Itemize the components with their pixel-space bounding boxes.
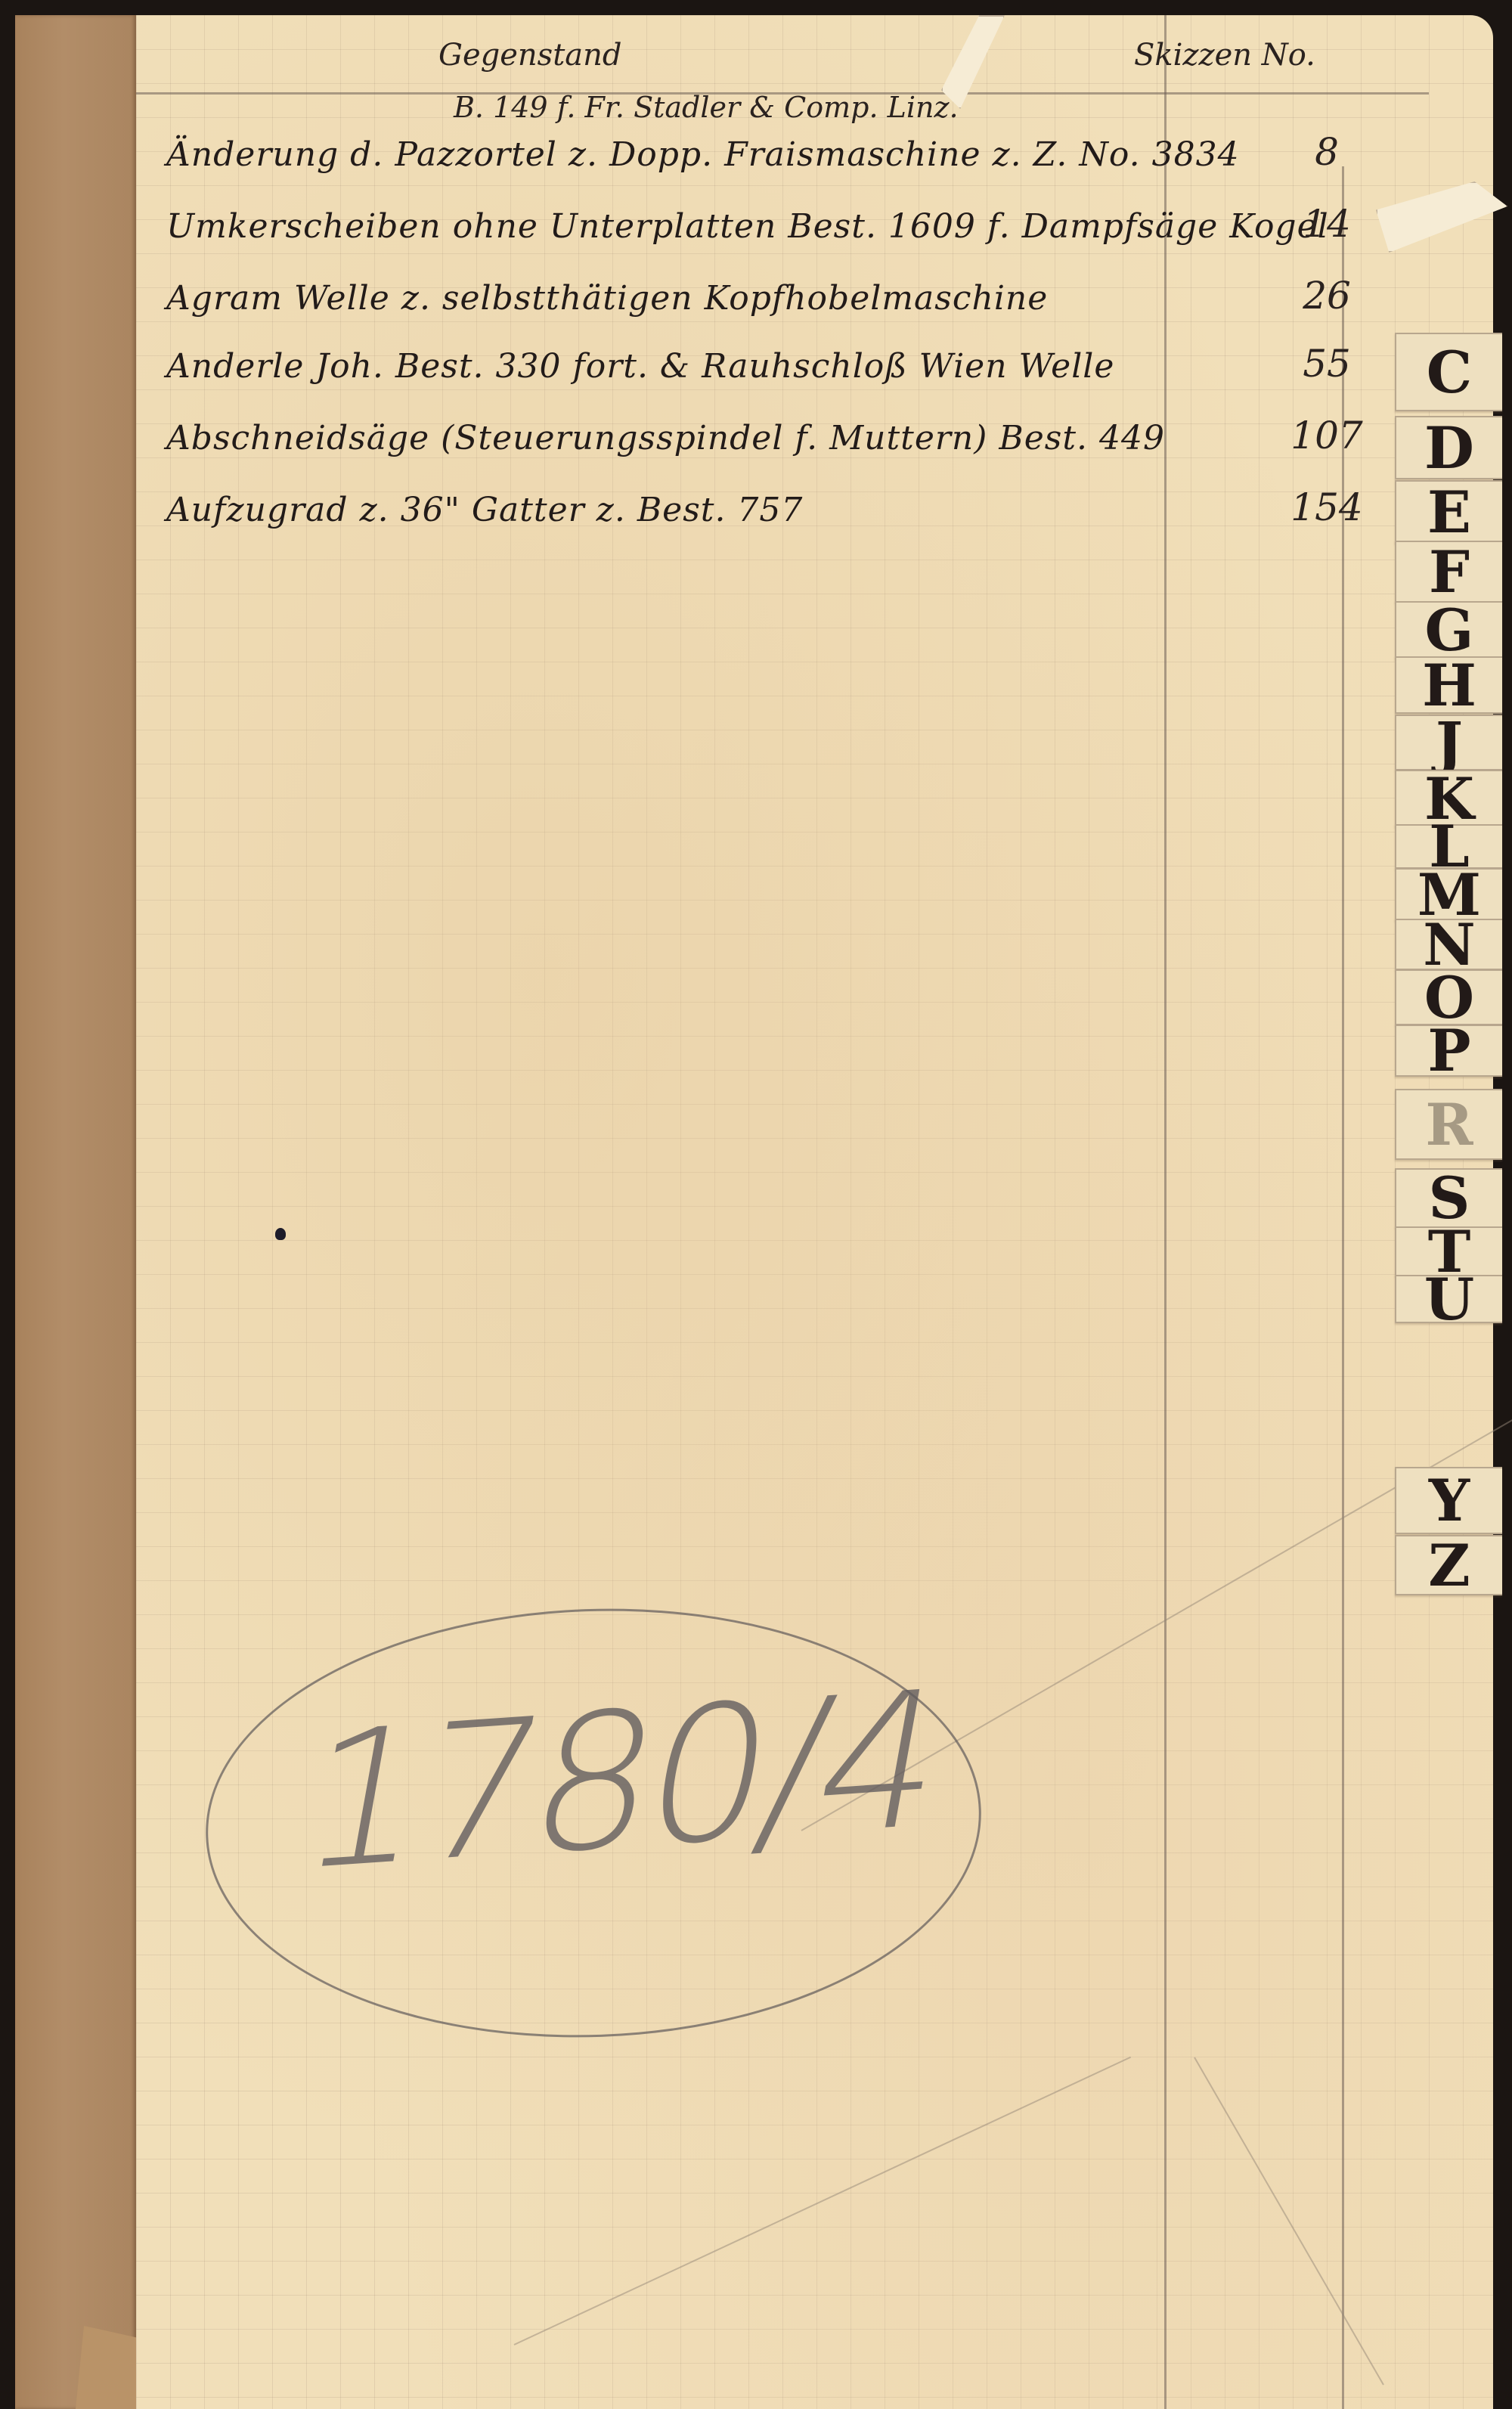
entry-subject: Änderung d. Pazzortel z. Dopp. Fraismasc…	[166, 135, 1240, 174]
index-tab-y[interactable]: Y	[1395, 1467, 1502, 1534]
entry-subject: Anderle Joh. Best. 330 fort. & Rauhschlo…	[166, 347, 1114, 386]
entry-sketch-number: 8	[1255, 130, 1399, 174]
index-tab-d[interactable]: D	[1395, 416, 1502, 479]
index-tab-e[interactable]: E	[1395, 480, 1502, 544]
index-tab-p[interactable]: P	[1395, 1025, 1502, 1077]
entry-row: Agram Welle z. selbstthätigen Kopfhobelm…	[166, 250, 1300, 318]
subject-column-header: Gegenstand	[438, 38, 621, 73]
entry-sketch-number: 55	[1255, 342, 1399, 386]
index-tab-h[interactable]: H	[1395, 656, 1502, 714]
torn-paper-flap	[941, 15, 1005, 109]
entry-sketch-number: 107	[1255, 414, 1399, 457]
grid-paper-sheet: Gegenstand Skizzen No. B. 149 f. Fr. Sta…	[136, 15, 1493, 2409]
index-tab-g[interactable]: G	[1395, 601, 1502, 659]
index-tab-f[interactable]: F	[1395, 541, 1502, 603]
pencil-archive-number: 1780/4	[286, 1650, 954, 1912]
entry-sketch-number: 14	[1255, 202, 1399, 246]
index-tab-n[interactable]: N	[1395, 919, 1502, 970]
entry-row: Anderle Joh. Best. 330 fort. & Rauhschlo…	[166, 318, 1300, 386]
ledger-page: Gegenstand Skizzen No. B. 149 f. Fr. Sta…	[0, 15, 1493, 2409]
torn-paper-flap	[1376, 181, 1507, 253]
paper-crease	[1194, 2057, 1384, 2386]
ink-blot	[275, 1228, 286, 1240]
sketch-number-column-header: Skizzen No.	[1134, 38, 1315, 73]
entry-subject: Umkerscheiben ohne Unterplatten Best. 16…	[166, 207, 1329, 246]
entry-subject: Abschneidsäge (Steuerungsspindel f. Mutt…	[166, 419, 1165, 457]
entry-row: Aufzugrad z. 36" Gatter z. Best. 757 154	[166, 461, 1300, 529]
index-tab-z[interactable]: Z	[1395, 1535, 1502, 1595]
entry-sketch-number: 26	[1255, 274, 1399, 318]
entry-row: Umkerscheiben ohne Unterplatten Best. 16…	[166, 178, 1300, 246]
entry-sketch-number: 154	[1255, 485, 1399, 529]
entry-subject: Aufzugrad z. 36" Gatter z. Best. 757	[166, 491, 803, 529]
entry-subject: Agram Welle z. selbstthätigen Kopfhobelm…	[166, 279, 1048, 318]
index-tab-r-obscured[interactable]: R	[1395, 1089, 1502, 1160]
index-tab-j[interactable]: J	[1395, 715, 1502, 770]
entry-row: Änderung d. Pazzortel z. Dopp. Fraismasc…	[166, 106, 1300, 174]
index-tab-u[interactable]: U	[1395, 1275, 1502, 1323]
book-spine	[15, 15, 136, 2409]
entry-row: Abschneidsäge (Steuerungsspindel f. Mutt…	[166, 389, 1300, 457]
index-tab-c[interactable]: C	[1395, 333, 1502, 411]
paper-crease	[514, 2057, 1132, 2345]
